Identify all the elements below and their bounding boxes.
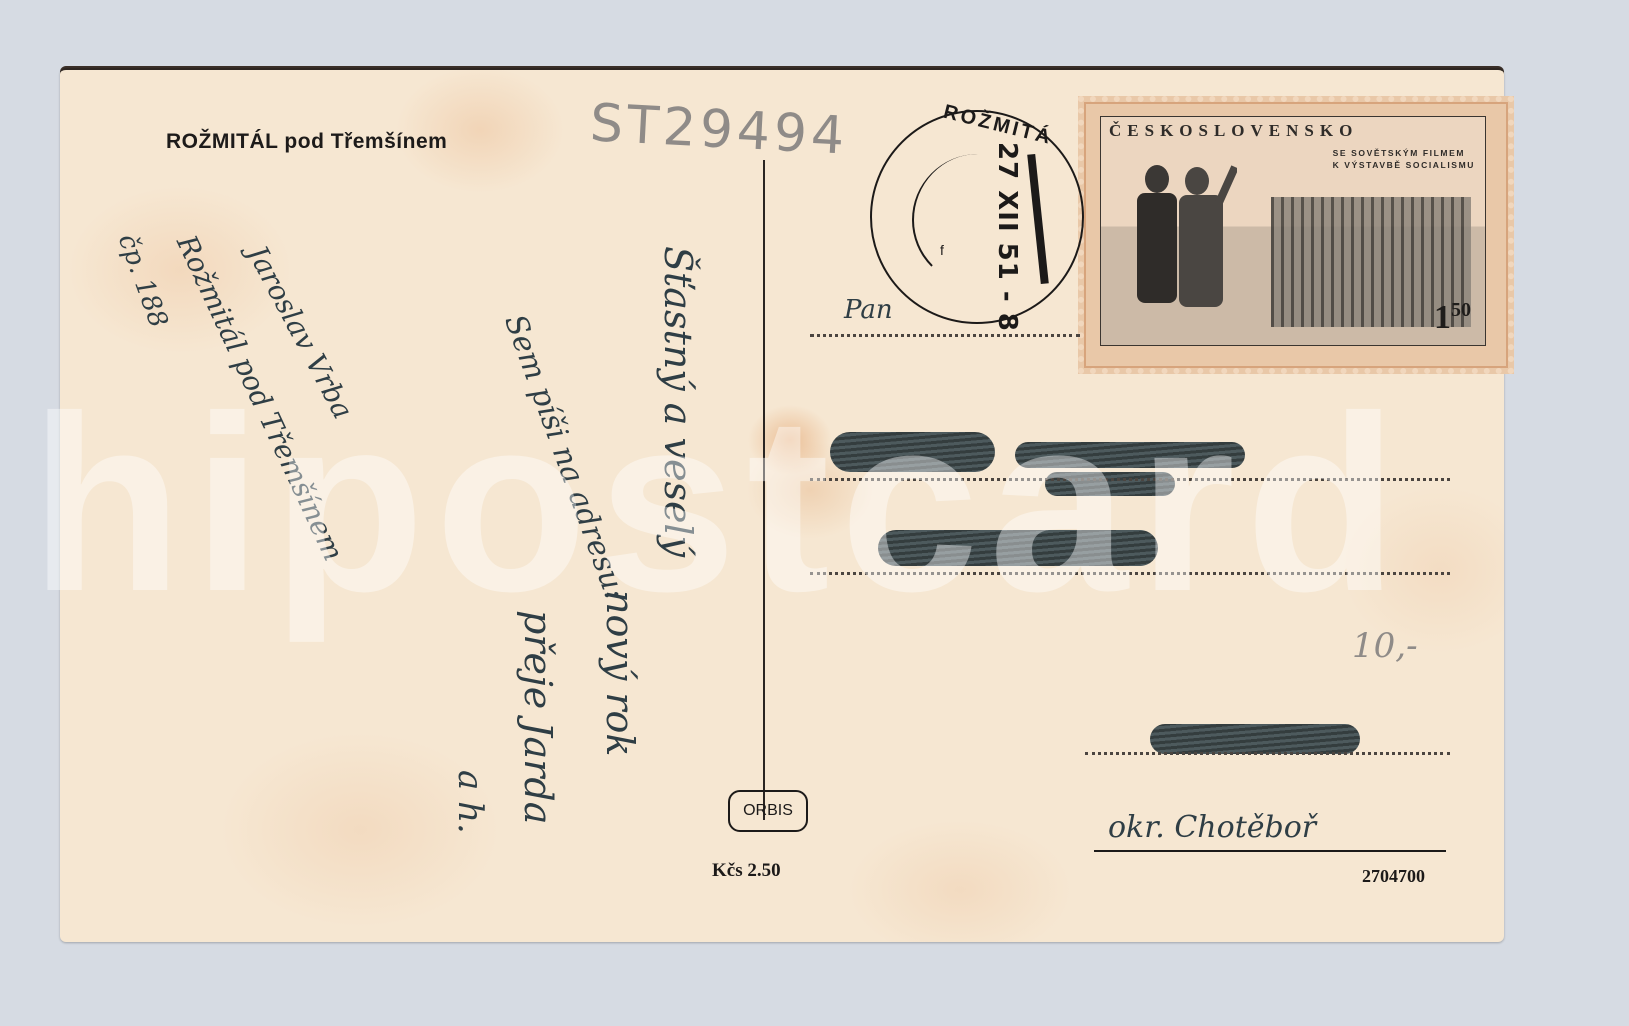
pencil-price: 10,- xyxy=(1352,626,1418,666)
stamp-subtitle: SE SOVĚTSKÝM FILMEM K VÝSTAVBĚ SOCIALISM… xyxy=(1333,147,1475,171)
address-line-1 xyxy=(810,334,1080,337)
stamp-value: 150 xyxy=(1434,299,1471,337)
postcard: ROŽMITÁL pod Třemšínem ST29494 ČESKOSLOV… xyxy=(60,68,1504,942)
printed-title: ROŽMITÁL pod Třemšínem xyxy=(166,130,447,154)
address-salutation: Pan xyxy=(844,295,893,325)
pencil-inventory-code: ST29494 xyxy=(589,93,850,166)
workers-illustration-icon xyxy=(1127,157,1237,317)
stamp-subtitle-line2: K VÝSTAVBĚ SOCIALISMU xyxy=(1333,159,1475,171)
address-line-4 xyxy=(1085,752,1450,755)
postage-stamp: ČESKOSLOVENSKO SE SOVĚTSKÝM FILMEM K VÝS… xyxy=(1078,96,1514,374)
message-line-1: Šťastný a veselý xyxy=(656,246,700,557)
redacted-name-scribble xyxy=(830,432,995,472)
redacted-surname-scribble xyxy=(1015,442,1245,468)
serial-number: 2704700 xyxy=(1362,866,1425,887)
address-underline xyxy=(1094,850,1446,852)
message-line-3: přeje Jarda xyxy=(516,610,560,824)
address-line-2 xyxy=(810,478,1450,481)
address-line-3 xyxy=(810,572,1450,575)
postmark-inner-ring xyxy=(912,154,1044,286)
printed-price: Kčs 2.50 xyxy=(712,860,781,882)
stamp-subtitle-line1: SE SOVĚTSKÝM FILMEM xyxy=(1333,147,1475,159)
publisher-logo: ORBIS xyxy=(728,790,808,832)
stamp-country: ČESKOSLOVENSKO xyxy=(1109,121,1477,141)
diagonal-line-4: čp. 188 xyxy=(112,230,173,332)
postmark-date: 27 XII 51 - 8 xyxy=(992,142,1022,332)
stamp-design: ČESKOSLOVENSKO SE SOVĚTSKÝM FILMEM K VÝS… xyxy=(1100,116,1486,346)
diagonal-line-1: Sem píši na adresu: xyxy=(497,310,633,604)
center-divider-line xyxy=(763,160,765,820)
redacted-town-scribble xyxy=(1150,724,1360,754)
postmark-cancellation: ROŽMITÁ 27 XII 51 - 8 f xyxy=(870,110,1084,324)
redacted-surname-scribble-2 xyxy=(1045,472,1175,496)
message-line-4: a h. xyxy=(450,770,490,834)
address-district: okr. Chotěboř xyxy=(1108,810,1316,845)
message-line-2: nový rok xyxy=(598,590,642,756)
redacted-street-scribble xyxy=(878,530,1158,566)
postmark-letter: f xyxy=(940,242,944,258)
